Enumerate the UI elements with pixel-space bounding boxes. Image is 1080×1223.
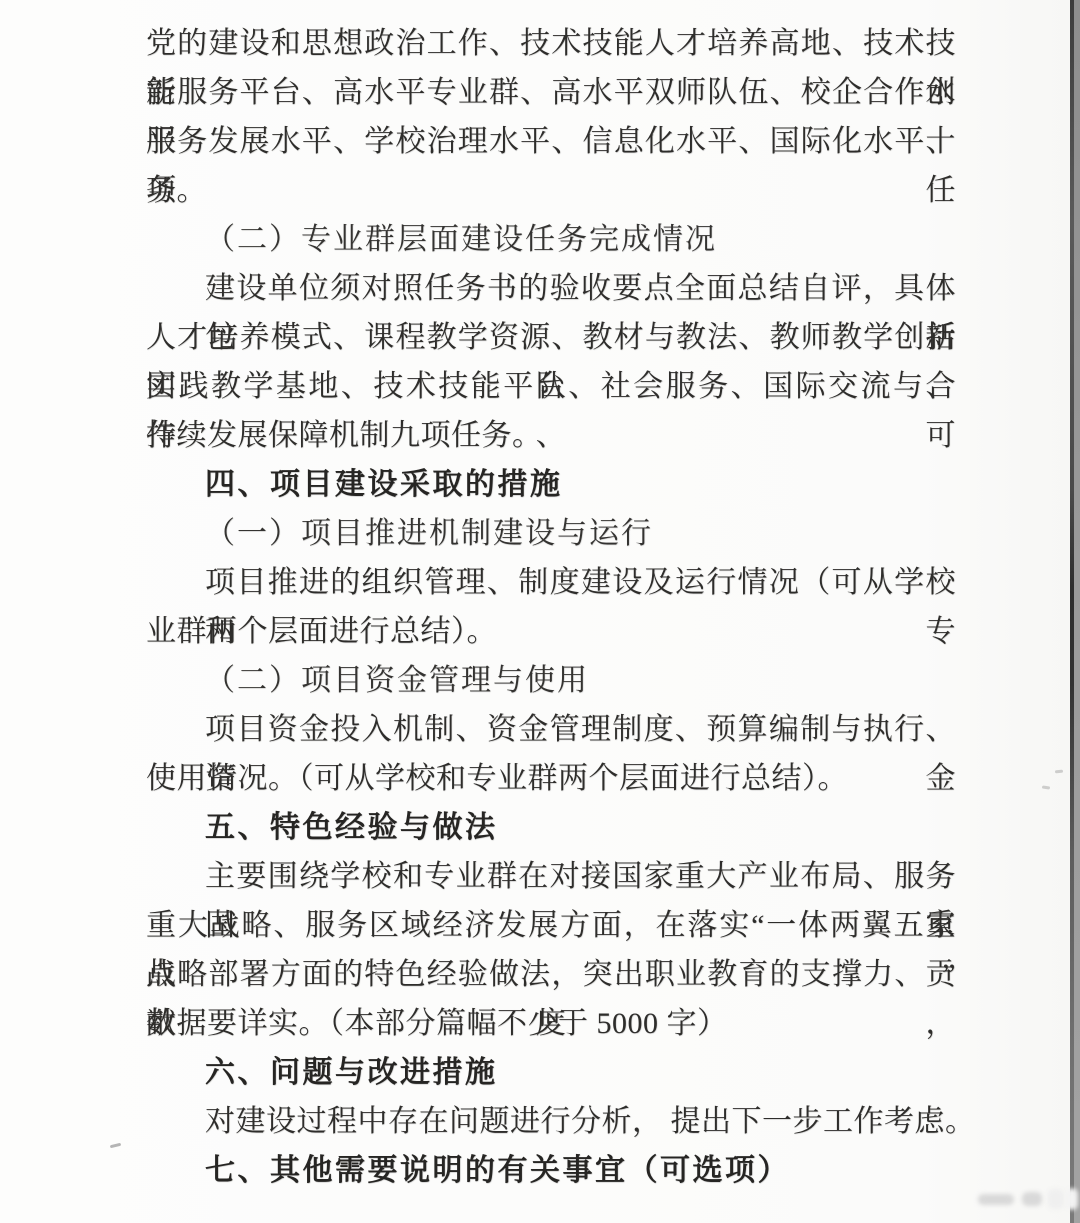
document-line: 对建设过程中存在问题进行分析， 提出下一步工作考虑。 [146, 1097, 956, 1146]
document-line: 实践教学基地、技术技能平台、社会服务、国际交流与合作、可 [146, 362, 956, 411]
document-line: 五、特色经验与做法 [146, 803, 956, 852]
document-line: 六、问题与改进措施 [146, 1048, 956, 1097]
document-line: （二）项目资金管理与使用 [146, 656, 956, 705]
scan-page-edge-strip [1074, 0, 1080, 1223]
watermark-fragment [1022, 1192, 1042, 1206]
document-line: 七、其他需要说明的有关事宜（可选项） [146, 1146, 956, 1195]
document-line: 项目推进的组织管理、制度建设及运行情况（可从学校和专 [146, 558, 956, 607]
document-line: （一）项目推进机制建设与运行 [146, 509, 956, 558]
document-line: 重大战略、服务区域经济发展方面，在落实“一体两翼五重点” [146, 901, 956, 950]
document-line: 使用情况。（可从学校和专业群两个层面进行总结）。 [146, 754, 956, 803]
document-line: 四、项目建设采取的措施 [146, 460, 956, 509]
document-page: 党的建设和思想政治工作、技术技能人才培养高地、技术技能创新服务平台、高水平专业群… [0, 0, 1080, 1223]
watermark-fragment [978, 1194, 1014, 1205]
scan-speck [1055, 770, 1063, 774]
document-line: 人才培养模式、课程教学资源、教材与教法、教师教学创新团队、 [146, 313, 956, 362]
document-body: 党的建设和思想政治工作、技术技能人才培养高地、技术技能创新服务平台、高水平专业群… [146, 19, 956, 1195]
document-line: 建设单位须对照任务书的验收要点全面总结自评，具体包括 [146, 264, 956, 313]
scan-speck [110, 1143, 121, 1149]
watermark-smudge [960, 1186, 1080, 1216]
document-line: 主要围绕学校和专业群在对接国家重大产业布局、服务国家 [146, 852, 956, 901]
document-line: 服务发展水平、学校治理水平、信息化水平、国际化水平十项任 [146, 117, 956, 166]
document-line: 党的建设和思想政治工作、技术技能人才培养高地、技术技能创 [146, 19, 956, 68]
document-line: 新服务平台、高水平专业群、高水平双师队伍、校企合作水平、 [146, 68, 956, 117]
watermark-fragment [1048, 1189, 1064, 1209]
scan-speck [1042, 785, 1050, 789]
document-line: 战略部署方面的特色经验做法，突出职业教育的支撑力、贡献度， [146, 950, 956, 999]
document-line: （二）专业群层面建设任务完成情况 [146, 215, 956, 264]
document-line: 项目资金投入机制、资金管理制度、预算编制与执行、资金 [146, 705, 956, 754]
